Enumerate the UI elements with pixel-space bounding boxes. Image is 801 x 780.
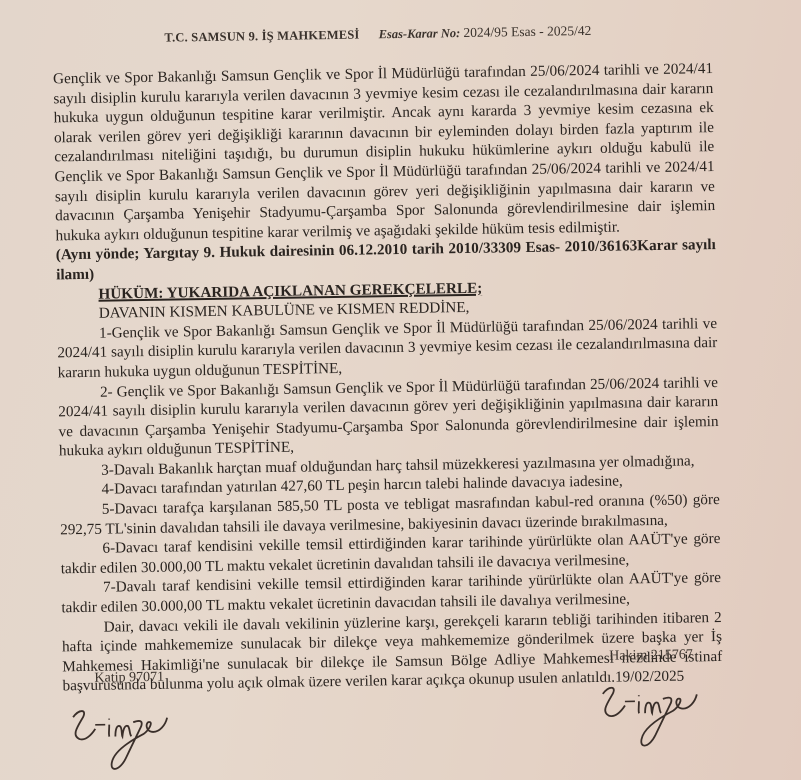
clerk-signature-label: Katip 97071 <box>94 670 164 687</box>
judge-e-signature-icon <box>594 662 715 754</box>
intro-paragraph: Gençlik ve Spor Bakanlığı Samsun Gençlik… <box>53 59 716 246</box>
court-decision-page: T.C. SAMSUN 9. İŞ MAHKEMESİ Esas-Karar N… <box>0 0 801 780</box>
case-number: Esas-Karar No: 2024/95 Esas - 2025/42 <box>379 24 592 41</box>
decision-body: Gençlik ve Spor Bakanlığı Samsun Gençlik… <box>53 59 723 696</box>
court-name: T.C. SAMSUN 9. İŞ MAHKEMESİ <box>164 28 359 45</box>
document-header: T.C. SAMSUN 9. İŞ MAHKEMESİ Esas-Karar N… <box>164 23 591 46</box>
case-number-label: Esas-Karar No: <box>379 26 461 41</box>
case-number-value: 2024/95 Esas - 2025/42 <box>463 23 591 40</box>
verdict-item-1: 1-Gençlik ve Spor Bakanlığı Samsun Gençl… <box>57 314 718 383</box>
clerk-e-signature-icon <box>65 685 186 777</box>
verdict-item-2: 2- Gençlik ve Spor Bakanlığı Samsun Genç… <box>58 373 719 462</box>
